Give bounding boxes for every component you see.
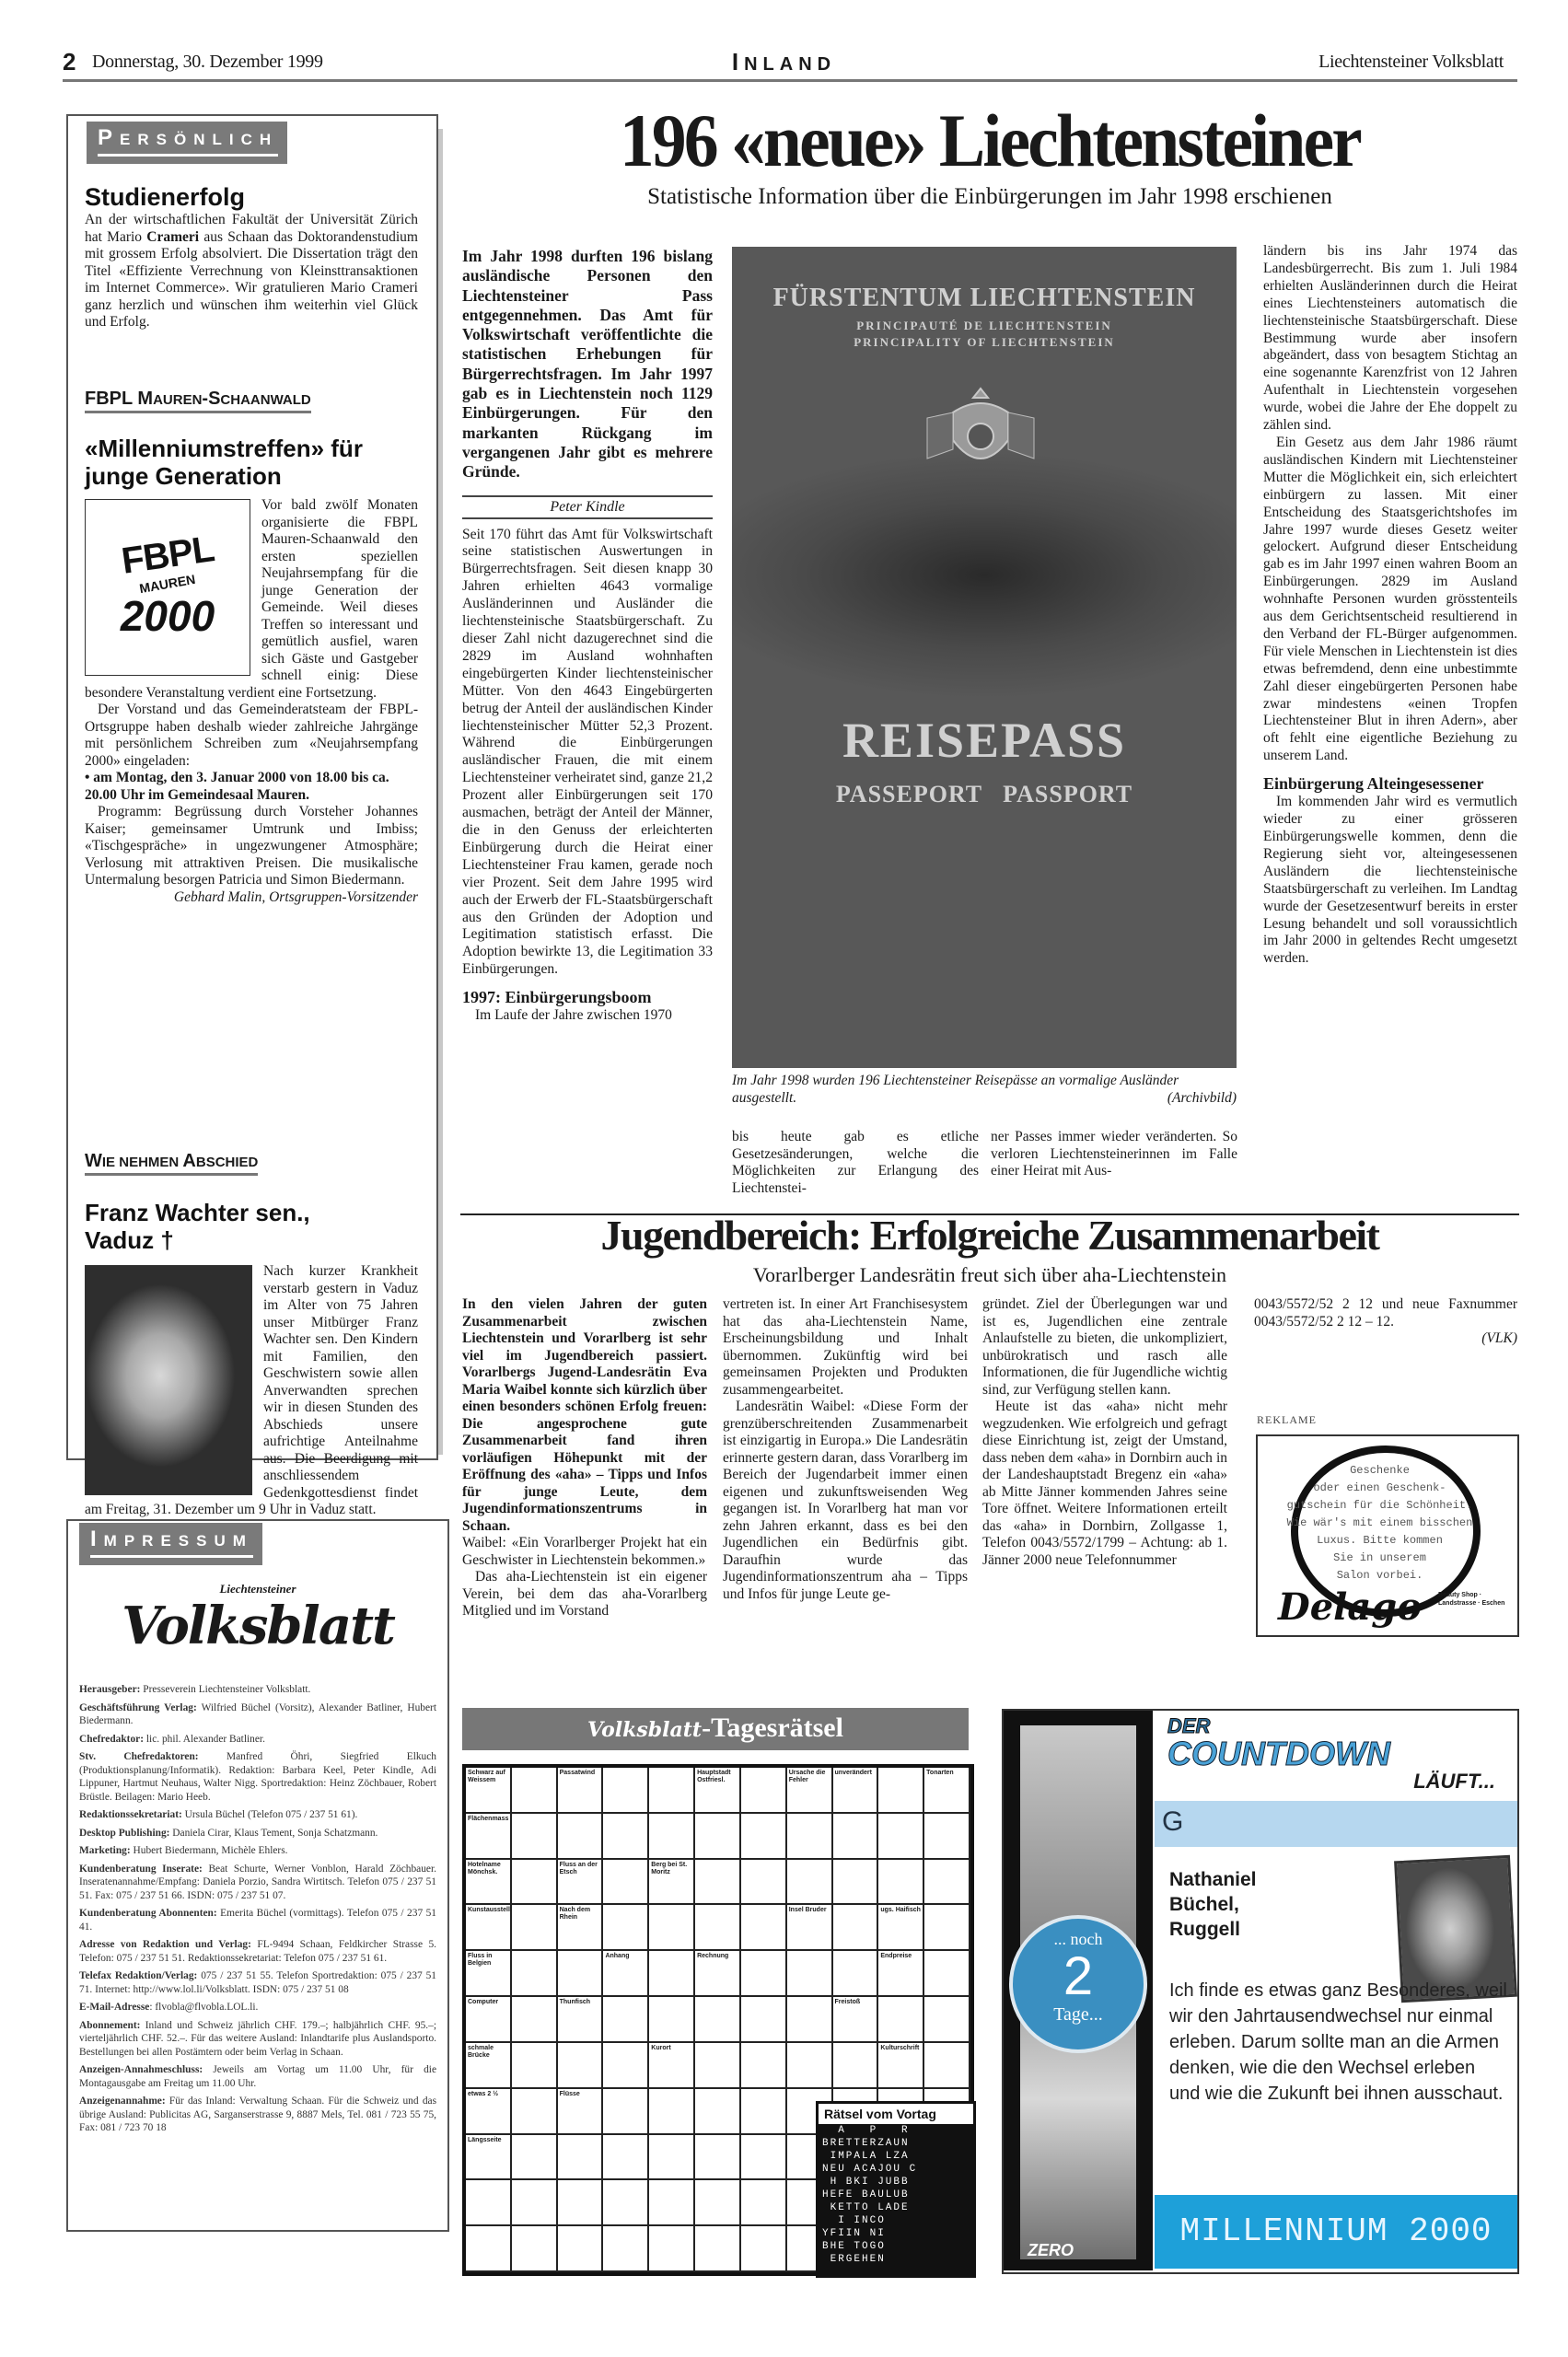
fbpl-article: «Millenniumstreffen» für junge Generatio…	[85, 435, 418, 906]
ad-line: Luxus. Bitte kommen	[1285, 1532, 1474, 1550]
crossword-cell[interactable]	[466, 2180, 512, 2226]
section-subhead: 1997: Einbürgerungsboom	[462, 988, 713, 1007]
crossword-cell[interactable]	[878, 1860, 924, 1906]
kicker-text: CHAANWALD	[220, 392, 310, 408]
crossword-cell[interactable]	[512, 1905, 558, 1951]
paragraph: Im kommenden Jahr wird es vermutlich wie…	[1263, 794, 1517, 968]
entry-text: : flvobla@flvobla.LOL.li.	[149, 2002, 258, 2013]
crossword-cell[interactable]	[603, 2043, 649, 2089]
crossword-puzzle[interactable]: Schwarz auf WeissemPassatwindHauptstadt …	[462, 1764, 974, 2276]
header-divider	[63, 79, 1517, 82]
article-title: «Millenniumstreffen» für junge Generatio…	[85, 435, 418, 490]
entry-label: Stv. Chefredaktoren:	[79, 1751, 199, 1762]
impressum-entry: Desktop Publishing: Daniela Cirar, Klaus…	[79, 1827, 436, 1840]
entry-text: Hubert Biedermann, Michèle Ehlers.	[131, 1845, 288, 1856]
fbpl-mauren-2000-logo: FBPL MAUREN 2000	[85, 499, 250, 676]
entry-label: Abonnement:	[79, 2020, 140, 2031]
kicker-initial: P	[98, 125, 120, 150]
crossword-cell[interactable]	[695, 2226, 741, 2272]
paragraph: ländern bis ins Jahr 1974 das Landesbürg…	[1263, 243, 1517, 435]
entry-text: Presseverein Liechtensteiner Volksblatt.	[140, 1684, 310, 1695]
logo-small-text: Liechtensteiner	[68, 1582, 447, 1596]
crossword-cell[interactable]	[741, 1951, 787, 1997]
kicker-text: A	[182, 1151, 195, 1171]
main-subheadline: Statistische Information über die Einbür…	[460, 184, 1519, 210]
crossword-clue-cell: Kunstausstellung	[466, 1905, 512, 1951]
jugend-subheadline: Vorarlberger Landesrätin freut sich über…	[460, 1263, 1519, 1287]
paragraph: Ein Gesetz aus dem Jahr 1986 räumt auslä…	[1263, 435, 1517, 765]
entry-text: Ursula Büchel (Telefon 075 / 237 51 61).	[182, 1809, 358, 1820]
kicker-initial: I	[90, 1527, 104, 1551]
ad-line: gutschein für die Schönheit.	[1285, 1497, 1474, 1515]
crossword-cell[interactable]	[787, 2043, 833, 2089]
entry-label: Kundenberatung Abonnenten:	[79, 1908, 217, 1919]
crossword-cell[interactable]	[695, 2180, 741, 2226]
crossword-cell[interactable]	[878, 1768, 924, 1814]
crossword-cell[interactable]	[603, 1860, 649, 1906]
raetsel-banner: Volksblatt-Tagesrätsel	[462, 1708, 969, 1750]
crossword-cell[interactable]	[833, 1905, 879, 1951]
crossword-cell[interactable]	[695, 1905, 741, 1951]
author-credit: (VLK)	[1254, 1330, 1517, 1348]
newspaper-name: Liechtensteiner Volksblatt	[1318, 52, 1504, 73]
crossword-cell[interactable]	[924, 1814, 970, 1860]
crossword-clue-cell: Nach dem Rhein	[558, 1905, 604, 1951]
crossword-cell[interactable]	[833, 2043, 879, 2089]
crossword-clue-cell: Flächenmass	[466, 1814, 512, 1860]
advertisement-label: REKLAME	[1257, 1413, 1317, 1427]
impressum-kicker: IMPRESSUM	[79, 1523, 262, 1565]
solution-row: BHE TOGO	[819, 2240, 973, 2253]
solution-row: A P R	[819, 2124, 973, 2137]
crossword-clue-cell: ugs. Haifisch	[878, 1905, 924, 1951]
person-name: Nathaniel Büchel, Ruggell	[1169, 1867, 1257, 1942]
paragraph: bis heute gab es etliche Gesetzesänderun…	[732, 1129, 979, 1197]
crossword-cell[interactable]	[695, 2043, 741, 2089]
photo-caption: Im Jahr 1998 wurden 196 Liechtensteiner …	[732, 1073, 1237, 1108]
crossword-cell[interactable]	[603, 1997, 649, 2043]
crossword-cell[interactable]	[741, 2226, 787, 2272]
film-strip-image: ... noch 2 Tage... ZERO	[1004, 1711, 1153, 2270]
crossword-clue-cell: Thunfisch	[558, 1997, 604, 2043]
crossword-cell[interactable]	[787, 1814, 833, 1860]
name-line: Nathaniel	[1169, 1867, 1257, 1892]
crossword-cell[interactable]	[512, 2089, 558, 2135]
paragraph: Der Vorstand und das Gemeinderatsteam de…	[85, 702, 418, 770]
crossword-cell[interactable]	[741, 1860, 787, 1906]
photo-credit: (Archivbild)	[732, 1090, 1237, 1108]
crossword-cell[interactable]	[603, 2180, 649, 2226]
crossword-clue-cell: Ursache die Fehler	[787, 1768, 833, 1814]
crossword-cell[interactable]	[603, 1814, 649, 1860]
crossword-cell[interactable]	[924, 1860, 970, 1906]
signature: Gebhard Malin, Ortsgruppen-Vorsitzender	[85, 889, 418, 907]
entry-label: Geschäftsführung Verlag:	[79, 1702, 197, 1713]
crossword-clue-cell: etwas 2 ½	[466, 2089, 512, 2135]
paragraph: 0043/5572/52 2 12 und neue Faxnummer 004…	[1254, 1296, 1517, 1330]
impressum-entry: Adresse von Redaktion und Verlag: FL-949…	[79, 1938, 436, 1965]
passport-photo: FÜRSTENTUM LIECHTENSTEIN PRINCIPAUTÉ DE …	[732, 247, 1237, 1068]
strip-letter: G	[1162, 1806, 1517, 1838]
article-title: Studienerfolg	[85, 182, 418, 212]
kicker-text: BSCHIED	[196, 1155, 259, 1170]
crossword-cell[interactable]	[649, 2180, 695, 2226]
crossword-cell[interactable]	[924, 1997, 970, 2043]
impressum-entry: Anzeigen-Annahmeschluss: Jeweils am Vort…	[79, 2063, 436, 2090]
logo-text: 2000	[121, 591, 215, 641]
crossword-cell[interactable]	[924, 1951, 970, 1997]
crossword-cell[interactable]	[649, 1905, 695, 1951]
crossword-clue-cell: Flüsse	[558, 2089, 604, 2135]
kicker-text: -S	[202, 389, 220, 409]
impressum-entry: E-Mail-Adresse: flvobla@flvobla.LOL.li.	[79, 2001, 436, 2014]
jugend-col-2: vertreten ist. In einer Art Franchisesys…	[723, 1296, 968, 1603]
crossword-cell[interactable]	[649, 2135, 695, 2181]
crossword-cell[interactable]	[603, 2226, 649, 2272]
crossword-cell[interactable]	[512, 1997, 558, 2043]
ad-line: Wie wär's mit einem bisschen	[1285, 1515, 1474, 1532]
entry-text: Daniela Cirar, Klaus Tement, Sonja Schat…	[169, 1828, 377, 1839]
crossword-cell[interactable]	[512, 1860, 558, 1906]
paragraph: Seit 170 führt das Amt für Volkswirtscha…	[462, 527, 713, 980]
crossword-cell[interactable]	[558, 1814, 604, 1860]
crossword-cell[interactable]	[558, 1951, 604, 1997]
bubble-bottom-text: Tage...	[1013, 2004, 1144, 2026]
entry-label: Kundenberatung Inserate:	[79, 1864, 203, 1875]
impressum-box: IMPRESSUM Liechtensteiner Volksblatt Her…	[66, 1519, 449, 2232]
obituary-article: Franz Wachter sen., Vaduz † Nach kurzer …	[85, 1199, 418, 1519]
crossword-clue-cell: Längsseite	[466, 2135, 512, 2181]
main-col-3: ner Passes immer wieder veränderten. So …	[991, 1129, 1237, 1180]
impressum-entry: Telefax Redaktion/Verlag: 075 / 237 51 5…	[79, 1969, 436, 1996]
crossword-cell[interactable]	[787, 1951, 833, 1997]
author-byline: Peter Kindle	[462, 495, 713, 519]
crossword-clue-cell: Hotelname Mönchsk.	[466, 1860, 512, 1906]
entry-label: Chefredaktor:	[79, 1734, 144, 1745]
paragraph: Programm: Begrüssung durch Vorsteher Joh…	[85, 804, 418, 889]
crossword-cell[interactable]	[558, 2043, 604, 2089]
crossword-cell[interactable]	[466, 2226, 512, 2272]
crossword-cell[interactable]	[603, 2135, 649, 2181]
crossword-clue-cell: Hauptstadt Ostfriesl.	[695, 1768, 741, 1814]
banner-title: -Tagesrätsel	[702, 1713, 843, 1743]
crossword-cell[interactable]	[558, 2180, 604, 2226]
jugend-headline: Jugendbereich: Erfolgreiche Zusammenarbe…	[460, 1211, 1519, 1260]
impressum-entry: Anzeigenannahme: Für das Inland: Verwalt…	[79, 2095, 436, 2135]
highlighted-name: Crameri	[146, 229, 199, 245]
paragraph: gründet. Ziel der Überlegungen war und i…	[982, 1296, 1227, 1399]
ad-address: Beauty Shop · Landstrasse · Eschen	[1438, 1591, 1512, 1608]
event-date-bullet: • am Montag, den 3. Januar 2000 von 18.0…	[85, 770, 418, 804]
crossword-clue-cell: Berg bei St. Moritz	[649, 1860, 695, 1906]
solution-row: YFIIN NI	[819, 2227, 973, 2240]
previous-solution: Rätsel vom Vortag A P R BRETTERZAUN IMPA…	[816, 2101, 976, 2278]
kicker-text: W	[85, 1151, 102, 1171]
delago-salon-ad[interactable]: Geschenkeoder einen Geschenk-gutschein f…	[1256, 1434, 1519, 1637]
crossword-cell[interactable]	[741, 2180, 787, 2226]
coat-of-arms-icon	[916, 385, 1045, 486]
impressum-entry: Redaktionssekretariat: Ursula Büchel (Te…	[79, 1808, 436, 1822]
crossword-cell[interactable]	[558, 2226, 604, 2272]
crossword-clue-cell: Anhang	[603, 1951, 649, 1997]
ad-brand: Delago	[1278, 1585, 1422, 1629]
crossword-clue-cell: Passatwind	[558, 1768, 604, 1814]
person-quote: Ich finde es etwas ganz Besonderes, weil…	[1169, 1978, 1510, 2107]
persoenlich-box: PERSÖNLICH Studienerfolg An der wirtscha…	[66, 114, 438, 1460]
kicker-rest: ERSÖNLICH	[120, 131, 278, 148]
crossword-cell[interactable]	[603, 1768, 649, 1814]
crossword-cell[interactable]	[695, 1997, 741, 2043]
impressum-entries: Herausgeber: Presseverein Liechtensteine…	[79, 1683, 436, 2140]
crossword-cell[interactable]	[695, 2089, 741, 2135]
solution-row: IMPALA LZA	[819, 2150, 973, 2163]
countdown-bubble: ... noch 2 Tage...	[1009, 1915, 1147, 2053]
crossword-cell[interactable]	[924, 1905, 970, 1951]
abschied-kicker: WIE NEHMEN ABSCHIED	[85, 1151, 258, 1176]
jugend-col-3: gründet. Ziel der Überlegungen war und i…	[982, 1296, 1227, 1569]
crossword-cell[interactable]	[603, 2089, 649, 2135]
millennium-footer: MILLENNIUM 2000	[1155, 2195, 1517, 2269]
crossword-cell[interactable]	[695, 2135, 741, 2181]
crossword-cell[interactable]	[741, 2043, 787, 2089]
crossword-cell[interactable]	[741, 1814, 787, 1860]
crossword-cell[interactable]	[924, 2043, 970, 2089]
fbpl-kicker: FBPL MAUREN-SCHAANWALD	[85, 389, 311, 413]
countdown-feature: ... noch 2 Tage... ZERO DER COUNTDOWN LÄ…	[1002, 1709, 1519, 2274]
crossword-cell[interactable]	[512, 1951, 558, 1997]
entry-label: Anzeigen-Annahmeschluss:	[79, 2064, 203, 2075]
entry-label: Marketing:	[79, 1845, 131, 1856]
crossword-cell[interactable]	[649, 1951, 695, 1997]
crossword-clue-cell: Endpreise	[878, 1951, 924, 1997]
ad-line: Geschenke	[1285, 1462, 1474, 1480]
entry-label: Anzeigenannahme:	[79, 2096, 166, 2107]
studienerfolg-article: Studienerfolg An der wirtschaftlichen Fa…	[85, 182, 418, 331]
crossword-cell[interactable]	[833, 1860, 879, 1906]
paragraph: Im Laufe der Jahre zwischen 1970	[462, 1007, 713, 1025]
impressum-entry: Kundenberatung Inserate: Beat Schurte, W…	[79, 1863, 436, 1903]
countdown-logo: DER COUNTDOWN LÄUFT...	[1167, 1714, 1508, 1797]
kicker-text: AUREN	[153, 392, 202, 408]
crossword-cell[interactable]	[649, 1997, 695, 2043]
entry-label: Adresse von Redaktion und Verlag:	[79, 1939, 251, 1950]
logo-big-text: Volksblatt	[68, 1596, 447, 1655]
paragraph: Landesrätin Waibel: «Diese Form der gren…	[723, 1399, 968, 1603]
crossword-clue-cell: Insel Bruder	[787, 1905, 833, 1951]
passport-text: FÜRSTENTUM LIECHTENSTEIN	[732, 284, 1237, 313]
main-col-1: Im Jahr 1998 durften 196 bislang ausländ…	[462, 247, 713, 1025]
entry-label: Desktop Publishing:	[79, 1828, 169, 1839]
crossword-cell[interactable]	[741, 2089, 787, 2135]
solution-row: ERGEHEN	[819, 2253, 973, 2266]
jugend-col-1: In den vielen Jahren der guten Zusammena…	[462, 1296, 707, 1620]
main-col-4: ländern bis ins Jahr 1974 das Landesbürg…	[1263, 243, 1517, 968]
kicker-text: IE NEHMEN	[102, 1155, 183, 1170]
passport-title: REISEPASS	[732, 712, 1237, 769]
article-lead: In den vielen Jahren der guten Zusammena…	[462, 1296, 707, 1535]
persoenlich-kicker: PERSÖNLICH	[87, 122, 287, 164]
solution-row: HEFE BAULUB	[819, 2189, 973, 2201]
film-label: ZERO	[1028, 2241, 1074, 2260]
crossword-cell[interactable]	[741, 2135, 787, 2181]
passport-text: PRINCIPALITY OF LIECHTENSTEIN	[732, 335, 1237, 350]
main-headline: 196 «neue» Liechtensteiner	[503, 99, 1477, 182]
banner-brand: Volksblatt	[587, 1718, 702, 1742]
crossword-clue-cell: Fluss an der Etsch	[558, 1860, 604, 1906]
crossword-clue-cell: unverändert	[833, 1768, 879, 1814]
solution-row: I INCO	[819, 2214, 973, 2227]
crossword-cell[interactable]	[649, 1768, 695, 1814]
ad-line: Salon vorbei.	[1285, 1567, 1474, 1585]
ad-line: oder einen Geschenk-	[1285, 1480, 1474, 1497]
crossword-cell[interactable]	[512, 1814, 558, 1860]
logo-text: COUNTDOWN	[1167, 1738, 1508, 1770]
crossword-cell[interactable]	[741, 1768, 787, 1814]
crossword-cell[interactable]	[649, 1814, 695, 1860]
crossword-clue-cell: Computer	[466, 1997, 512, 2043]
crossword-cell[interactable]	[512, 2135, 558, 2181]
crossword-cell[interactable]	[741, 1905, 787, 1951]
passport-subtitle: PASSEPORT PASSPORT	[732, 781, 1237, 808]
crossword-cell[interactable]	[512, 1768, 558, 1814]
crossword-cell[interactable]	[649, 2226, 695, 2272]
paragraph: Waibel: «Ein Vorarlberger Projekt hat ei…	[462, 1535, 707, 1569]
paragraph: Das aha-Liechtenstein ist ein eigener Ve…	[462, 1569, 707, 1620]
crossword-clue-cell: Fluss in Belgien	[466, 1951, 512, 1997]
solution-row: BRETTERZAUN	[819, 2137, 973, 2150]
main-col-2: bis heute gab es etliche Gesetzesänderun…	[732, 1129, 979, 1197]
crossword-cell[interactable]	[878, 1997, 924, 2043]
crossword-cell[interactable]	[558, 2135, 604, 2181]
crossword-clue-cell: Freistoß	[833, 1997, 879, 2043]
impressum-entry: Chefredaktor: lic. phil. Alexander Batli…	[79, 1733, 436, 1747]
days-remaining: 2	[1013, 1949, 1144, 2004]
logo-text: FBPL	[119, 528, 216, 583]
impressum-entry: Marketing: Hubert Biedermann, Michèle Eh…	[79, 1844, 436, 1858]
crossword-cell[interactable]	[878, 1814, 924, 1860]
kicker-rest: MPRESSUM	[104, 1532, 253, 1550]
impressum-entry: Herausgeber: Presseverein Liechtensteine…	[79, 1683, 436, 1697]
crossword-cell[interactable]	[512, 2180, 558, 2226]
entry-label: Telefax Redaktion/Verlag:	[79, 1970, 197, 1981]
crossword-cell[interactable]	[833, 1814, 879, 1860]
section-initial: I	[732, 48, 744, 75]
entry-label: Herausgeber:	[79, 1684, 140, 1695]
entry-text: lic. phil. Alexander Batliner.	[144, 1734, 265, 1745]
entry-label: E-Mail-Adresse	[79, 2002, 149, 2013]
impressum-entry: Kundenberatung Abonnenten: Emerita Büche…	[79, 1907, 436, 1933]
crossword-cell[interactable]	[741, 1997, 787, 2043]
crossword-clue-cell: Kulturschrift	[878, 2043, 924, 2089]
crossword-cell[interactable]	[787, 1860, 833, 1906]
impressum-entry: Abonnement: Inland und Schweiz jährlich …	[79, 2019, 436, 2060]
solution-title: Rätsel vom Vortag	[819, 2104, 973, 2124]
crossword-cell[interactable]	[512, 2226, 558, 2272]
volksblatt-logo: Liechtensteiner Volksblatt	[68, 1582, 447, 1655]
portrait-photo	[85, 1265, 252, 1495]
solution-row: H BKI JUBB	[819, 2176, 973, 2189]
crossword-cell[interactable]	[695, 1814, 741, 1860]
jugend-col-4: 0043/5572/52 2 12 und neue Faxnummer 004…	[1254, 1296, 1517, 1348]
ad-line: Sie in unserem	[1285, 1550, 1474, 1567]
article-body: An der wirtschaftlichen Fakultät der Uni…	[85, 212, 418, 331]
crossword-cell[interactable]	[512, 2043, 558, 2089]
article-lead: Im Jahr 1998 durften 196 bislang ausländ…	[462, 247, 713, 482]
section-rest: NLAND	[744, 54, 836, 75]
impressum-entry: Stv. Chefredaktoren: Manfred Öhri, Siegf…	[79, 1750, 436, 1804]
name-line: Büchel,	[1169, 1892, 1257, 1917]
article-title: Franz Wachter sen., Vaduz †	[85, 1199, 379, 1254]
crossword-clue-cell: schmale Brücke	[466, 2043, 512, 2089]
section-subhead: Einbürgerung Alteingesessener	[1263, 774, 1517, 794]
kicker-text: FBPL M	[85, 389, 153, 409]
crossword-clue-cell: Kurort	[649, 2043, 695, 2089]
crossword-clue-cell: Tonarten	[924, 1768, 970, 1814]
crossword-cell[interactable]	[787, 1997, 833, 2043]
paragraph: ner Passes immer wieder veränderten. So …	[991, 1129, 1237, 1180]
header-strip: G	[1155, 1801, 1517, 1847]
logo-text: LÄUFT...	[1167, 1770, 1508, 1794]
crossword-cell[interactable]	[603, 1905, 649, 1951]
ad-text: Geschenkeoder einen Geschenk-gutschein f…	[1285, 1462, 1474, 1585]
crossword-cell[interactable]	[695, 1860, 741, 1906]
name-line: Ruggell	[1169, 1917, 1257, 1942]
impressum-entry: Geschäftsführung Verlag: Wilfried Büchel…	[79, 1701, 436, 1728]
crossword-cell[interactable]	[649, 2089, 695, 2135]
entry-label: Redaktionssekretariat:	[79, 1809, 182, 1820]
crossword-clue-cell: Schwarz auf Weissem	[466, 1768, 512, 1814]
solution-row: NEU ACAJOU C	[819, 2163, 973, 2176]
crossword-clue-cell: Rechnung	[695, 1951, 741, 1997]
paragraph: Heute ist das «aha» nicht mehr wegzudenk…	[982, 1399, 1227, 1569]
passport-text: PRINCIPAUTÉ DE LIECHTENSTEIN	[732, 319, 1237, 333]
paragraph: vertreten ist. In einer Art Franchisesys…	[723, 1296, 968, 1399]
solution-row: KETTO LADE	[819, 2201, 973, 2214]
crossword-cell[interactable]	[833, 1951, 879, 1997]
solution-grid: A P R BRETTERZAUN IMPALA LZA NEU ACAJOU …	[819, 2124, 973, 2266]
